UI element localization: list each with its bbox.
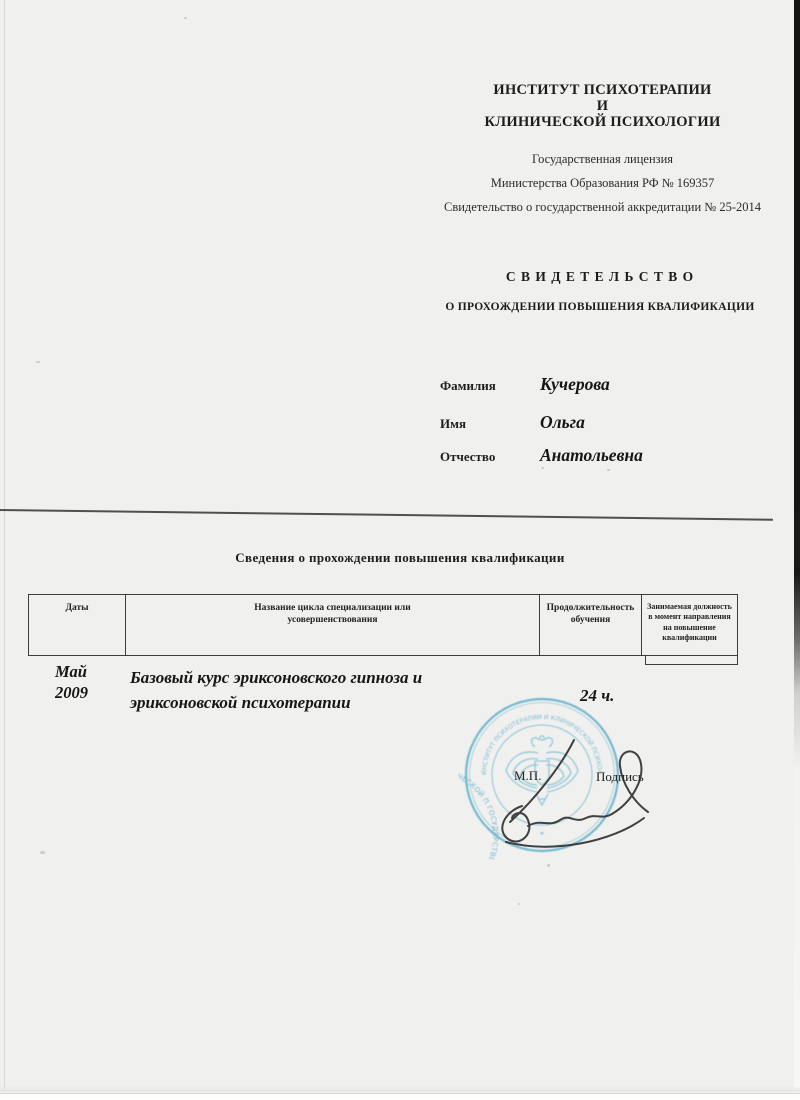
scan-speckle [541,467,544,469]
scan-speckle [36,361,40,363]
records-section-title: Сведения о прохождении повышения квалифи… [150,550,650,566]
surname-label: Фамилия [440,378,540,394]
scan-speckle [518,903,520,905]
institute-name-block: ИНСТИТУТ ПСИХОТЕРАПИИ И КЛИНИЧЕСКОЙ ПСИХ… [420,82,785,130]
scanned-certificate-page: ИНСТИТУТ ПСИХОТЕРАПИИ И КЛИНИЧЕСКОЙ ПСИХ… [0,0,800,1100]
surname-value: Кучерова [540,374,610,395]
firstname-row: Имя Ольга [440,412,585,433]
firstname-value: Ольга [540,412,585,433]
table-position-cell-extension [645,656,738,665]
accreditation-line: Свидетельство о государственной аккредит… [420,200,785,215]
institute-name-line1: ИНСТИТУТ ПСИХОТЕРАПИИ [420,82,785,98]
patronymic-label: Отчество [440,449,540,465]
table-header-duration: Продолжительность обучения [540,595,642,655]
scan-speckle [547,864,550,867]
patronymic-row: Отчество Анатольевна [440,445,643,466]
table-header-course: Название цикла специализации или усоверш… [126,595,540,655]
surname-row: Фамилия Кучерова [440,374,610,395]
scan-bottom-line [0,1093,800,1094]
horizontal-divider [0,509,773,520]
scan-right-edge [794,0,800,1100]
certificate-subtitle: О ПРОХОЖДЕНИИ ПОВЫШЕНИЯ КВАЛИФИКАЦИИ [420,301,780,313]
scan-speckle [607,469,610,471]
table-header-position: Занимаемая должность в момент направлени… [642,595,737,655]
ministry-license-line: Министерства Образования РФ № 169357 [420,176,785,191]
handwritten-signature-icon [462,726,662,856]
patronymic-value: Анатольевна [540,445,643,466]
scan-speckle [184,17,187,19]
entry-dates: Май 2009 [55,661,115,703]
institute-name-line2: И [420,98,785,114]
certificate-title: С В И Д Е Т Е Л Ь С Т В О [420,269,780,285]
table-header-dates: Даты [29,595,126,655]
scan-speckle [40,851,45,854]
institute-name-line3: КЛИНИЧЕСКОЙ ПСИХОЛОГИИ [420,114,785,130]
scan-left-edge [4,0,5,1100]
entry-course-line1: Базовый курс эриксоновского гипноза и [130,665,530,690]
firstname-label: Имя [440,416,540,432]
license-block: Государственная лицензия Министерства Об… [420,152,785,224]
records-table-header: Даты Название цикла специализации или ус… [28,594,738,656]
state-license-line: Государственная лицензия [420,152,785,167]
table-header-course-text: Название цикла специализации или усоверш… [215,602,450,627]
